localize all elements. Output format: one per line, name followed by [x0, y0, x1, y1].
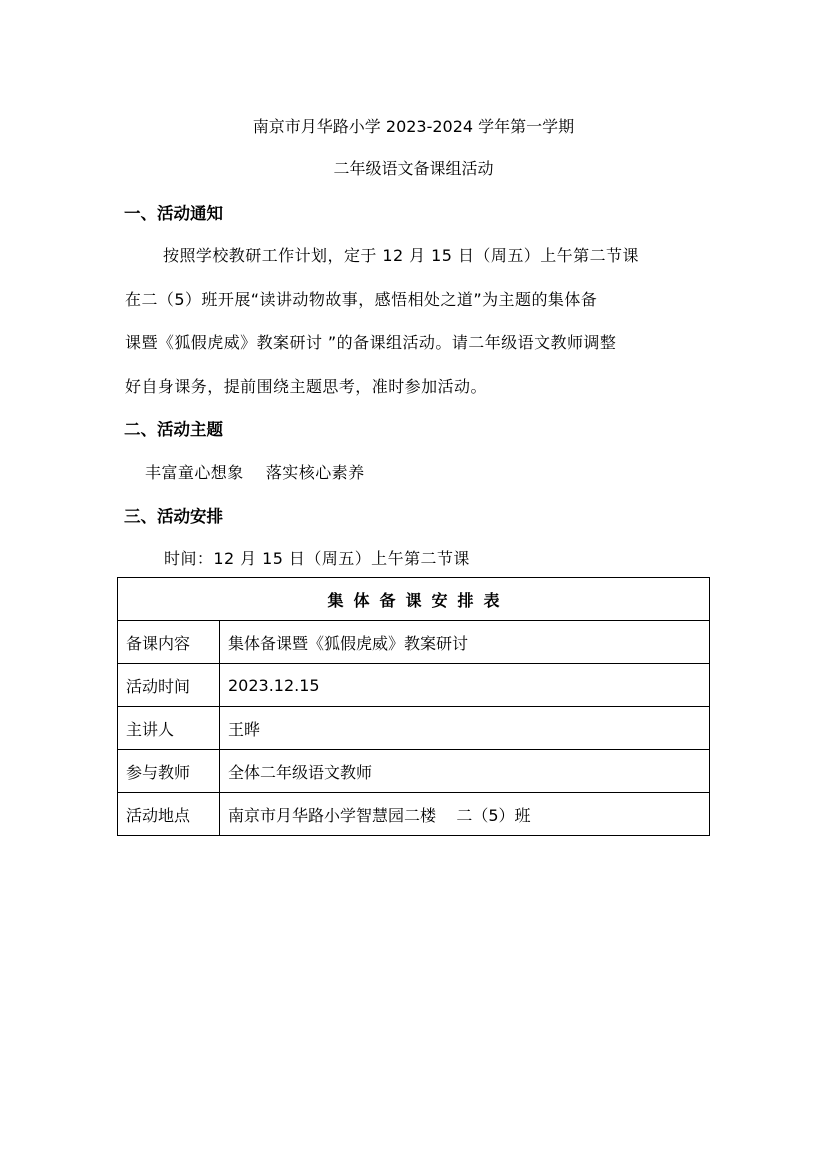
- theme-text: 丰富童心想象 落实核心素养: [145, 460, 365, 483]
- row-label: 备课内容: [118, 621, 220, 664]
- section-heading-theme: 二、活动主题: [124, 416, 223, 440]
- row-label: 参与教师: [118, 750, 220, 793]
- table-row: 活动地点 南京市月华路小学智慧园二楼 二（5）班: [118, 793, 710, 836]
- schedule-table: 集体备课安排表 备课内容 集体备课暨《狐假虎威》教案研讨 活动时间 2023.1…: [117, 577, 710, 836]
- table-row: 主讲人 王晔: [118, 707, 710, 750]
- table-row: 参与教师 全体二年级语文教师: [118, 750, 710, 793]
- document-subtitle: 二年级语文备课组活动: [0, 156, 827, 179]
- notice-paragraph-line-4: 好自身课务，提前围绕主题思考，准时参加活动。: [125, 374, 487, 397]
- table-row: 活动时间 2023.12.15: [118, 664, 710, 707]
- table-header: 集体备课安排表: [118, 578, 710, 621]
- arrangement-time: 时间：12 月 15 日（周五）上午第二节课: [164, 546, 470, 569]
- document-title: 南京市月华路小学 2023-2024 学年第一学期: [0, 114, 827, 137]
- row-value: 全体二年级语文教师: [220, 750, 710, 793]
- table-row: 备课内容 集体备课暨《狐假虎威》教案研讨: [118, 621, 710, 664]
- row-value: 南京市月华路小学智慧园二楼 二（5）班: [220, 793, 710, 836]
- notice-paragraph-line-2: 在二（5）班开展“读讲动物故事，感悟相处之道”为主题的集体备: [125, 287, 597, 310]
- row-value: 2023.12.15: [220, 664, 710, 707]
- section-heading-arrangement: 三、活动安排: [124, 503, 223, 527]
- row-value: 王晔: [220, 707, 710, 750]
- row-label: 活动地点: [118, 793, 220, 836]
- row-label: 主讲人: [118, 707, 220, 750]
- section-heading-notice: 一、活动通知: [124, 200, 223, 224]
- row-label: 活动时间: [118, 664, 220, 707]
- notice-paragraph-line-3: 课暨《狐假虎威》教案研讨 ”的备课组活动。请二年级语文教师调整: [125, 330, 616, 353]
- table-header-row: 集体备课安排表: [118, 578, 710, 621]
- row-value: 集体备课暨《狐假虎威》教案研讨: [220, 621, 710, 664]
- notice-paragraph-line-1: 按照学校教研工作计划，定于 12 月 15 日（周五）上午第二节课: [163, 243, 639, 266]
